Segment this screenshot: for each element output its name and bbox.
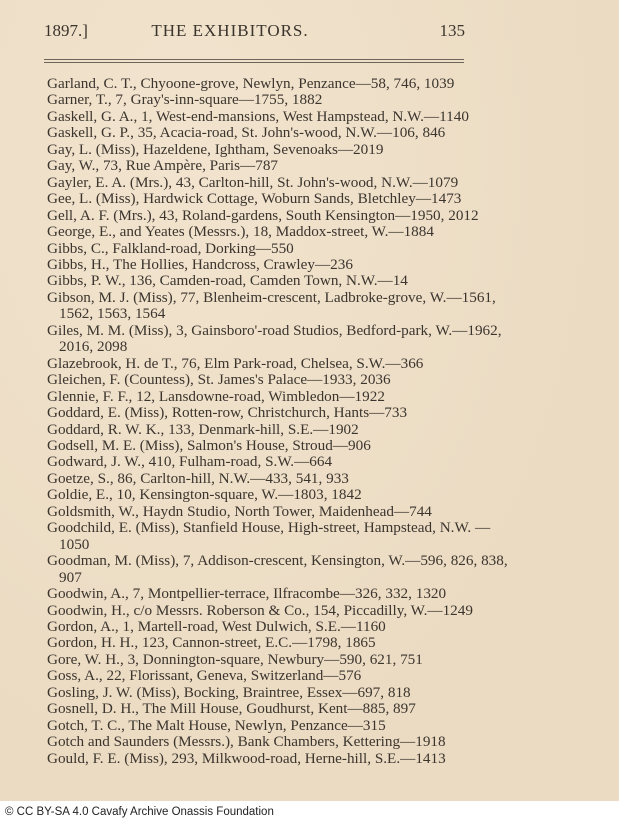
list-item: Goldsmith, W., Haydn Studio, North Tower… [47,504,512,520]
list-item: Garland, C. T., Chyoone-grove, Newlyn, P… [47,76,512,92]
list-item: Gay, L. (Miss), Hazeldene, Ightham, Seve… [47,142,512,158]
list-item: Gayler, E. A. (Mrs.), 43, Carlton-hill, … [47,175,512,191]
page-title-text: THE EXHIBITORS. [151,21,308,40]
list-item: Godsell, M. E. (Miss), Salmon's House, S… [47,438,512,454]
list-item: Gaskell, G. A., 1, West-end-mansions, We… [47,109,512,125]
scanned-page: 1897.] THE EXHIBITORS. 135 Garland, C. T… [0,0,619,801]
list-item: Gosnell, D. H., The Mill House, Goudhurs… [47,701,512,717]
list-item: Garner, T., 7, Gray's-inn-square—1755, 1… [47,92,512,108]
list-item: Gibbs, H., The Hollies, Handcross, Crawl… [47,257,512,273]
list-item: Glazebrook, H. de T., 76, Elm Park-road,… [47,356,512,372]
list-item: Gore, W. H., 3, Donnington-square, Newbu… [47,652,512,668]
page-number: 135 [440,21,466,41]
list-item: Goddard, R. W. K., 133, Denmark-hill, S.… [47,422,512,438]
list-item: Gosling, J. W. (Miss), Bocking, Braintre… [47,685,512,701]
list-item: Gleichen, F. (Countess), St. James's Pal… [47,372,512,388]
list-item: Goodman, M. (Miss), 7, Addison-crescent,… [47,553,512,586]
list-item: Gee, L. (Miss), Hardwick Cottage, Woburn… [47,191,512,207]
list-item: Gibson, M. J. (Miss), 77, Blenheim-cresc… [47,290,512,323]
list-item: Goetze, S., 86, Carlton-hill, N.W.—433, … [47,471,512,487]
list-item: Gordon, H. H., 123, Cannon-street, E.C.—… [47,635,512,651]
list-item: George, E., and Yeates (Messrs.), 18, Ma… [47,224,512,240]
list-item: Glennie, F. F., 12, Lansdowne-road, Wimb… [47,389,512,405]
header-rule-top [44,59,464,60]
list-item: Goldie, E., 10, Kensington-square, W.—18… [47,487,512,503]
header-rule-bottom [44,62,464,63]
list-item: Gotch, T. C., The Malt House, Newlyn, Pe… [47,718,512,734]
list-item: Goodchild, E. (Miss), Stanfield House, H… [47,520,512,553]
exhibitor-list: Garland, C. T., Chyoone-grove, Newlyn, P… [47,76,512,767]
list-item: Goddard, E. (Miss), Rotten-row, Christch… [47,405,512,421]
list-item: Gell, A. F. (Mrs.), 43, Roland-gardens, … [47,208,512,224]
list-item: Gibbs, P. W., 136, Camden-road, Camden T… [47,273,512,289]
page-title: THE EXHIBITORS. [0,21,460,41]
list-item: Goodwin, H., c/o Messrs. Roberson & Co.,… [47,603,512,619]
list-item: Gotch and Saunders (Messrs.), Bank Chamb… [47,734,512,750]
license-credit: © CC BY-SA 4.0 Cavafy Archive Onassis Fo… [5,806,274,818]
list-item: Giles, M. M. (Miss), 3, Gainsboro'-road … [47,323,512,356]
list-item: Gaskell, G. P., 35, Acacia-road, St. Joh… [47,125,512,141]
list-item: Goss, A., 22, Florissant, Geneva, Switze… [47,668,512,684]
list-item: Gibbs, C., Falkland-road, Dorking—550 [47,241,512,257]
list-item: Gould, F. E. (Miss), 293, Milkwood-road,… [47,751,512,767]
list-item: Gay, W., 73, Rue Ampère, Paris—787 [47,158,512,174]
list-item: Goodwin, A., 7, Montpellier-terrace, Ilf… [47,586,512,602]
list-item: Godward, J. W., 410, Fulham-road, S.W.—6… [47,454,512,470]
list-item: Gordon, A., 1, Martell-road, West Dulwic… [47,619,512,635]
